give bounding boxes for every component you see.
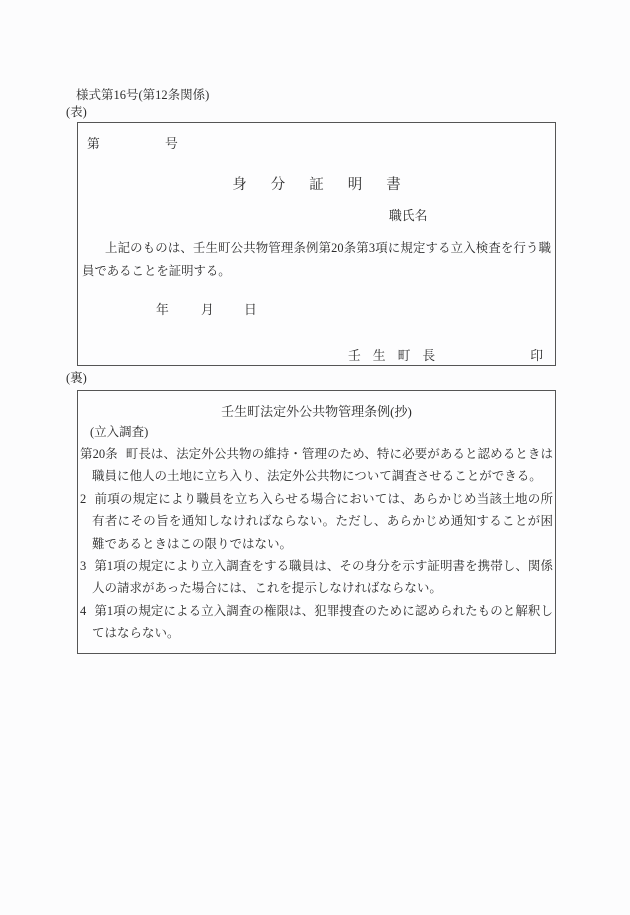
ordinance-clause: 3第1項の規定により立入調査をする職員は、その身分を示す証明書を携帯し、関係人の… [80,555,553,600]
clause-text: 第1項の規定による立入調査の権限は、犯罪捜査のために認められたものと解釈してはな… [92,604,553,640]
clause-number: 第20条 [80,447,118,461]
clause-text: 町長は、法定外公共物の維持・管理のため、特に必要があると認めるときは職員に他人の… [92,447,553,483]
date-year-label: 年 [156,303,169,317]
signature-line: 壬生町長 印 [78,345,555,363]
clause-text: 第1項の規定により立入調査をする職員は、その身分を示す証明書を携帯し、関係人の請… [92,559,553,595]
seal-placeholder: 印 [530,345,543,364]
clause-number: 3 [80,559,86,573]
clause-text: 前項の規定により職員を立ち入らせる場合においては、あらかじめ当該土地の所有者にそ… [92,492,553,551]
date-day-label: 日 [244,303,257,317]
front-side-label: (表) [66,105,87,120]
back-side-label: (裏) [66,371,87,386]
certificate-body-text: 上記のものは、壬生町公共物管理条例第20条第3項に規定する立入検査を行う職員であ… [82,237,551,283]
date-line: 年 月 日 [156,299,257,318]
ordinance-clause: 第20条町長は、法定外公共物の維持・管理のため、特に必要があると認めるときは職員… [80,443,553,488]
document-number-suffix: 号 [165,137,178,151]
document-number-prefix: 第 [87,137,100,151]
ordinance-title: 壬生町法定外公共物管理条例(抄) [78,401,555,422]
certificate-title: 身分証明書 [78,173,555,194]
clause-number: 4 [80,604,86,618]
clause-number: 2 [80,492,86,506]
position-name-label: 職氏名 [389,205,427,224]
document-page: 様式第16号(第12条関係) (表) 第 号 身分証明書 職氏名 上記のものは、… [0,0,630,915]
date-month-label: 月 [201,303,214,317]
form-number-label: 様式第16号(第12条関係) [76,88,209,103]
ordinance-section-heading: (立入調査) [78,422,555,443]
ordinance-clause: 4第1項の規定による立入調査の権限は、犯罪捜査のために認められたものと解釈しては… [80,600,553,645]
front-certificate-box: 第 号 身分証明書 職氏名 上記のものは、壬生町公共物管理条例第20条第3項に規… [77,122,556,366]
mayor-title: 壬生町長 [348,345,447,364]
ordinance-clause: 2前項の規定により職員を立ち入らせる場合においては、あらかじめ当該土地の所有者に… [80,488,553,555]
document-number-line: 第 号 [87,133,178,152]
back-ordinance-box: 壬生町法定外公共物管理条例(抄) (立入調査) 第20条町長は、法定外公共物の維… [77,390,556,654]
